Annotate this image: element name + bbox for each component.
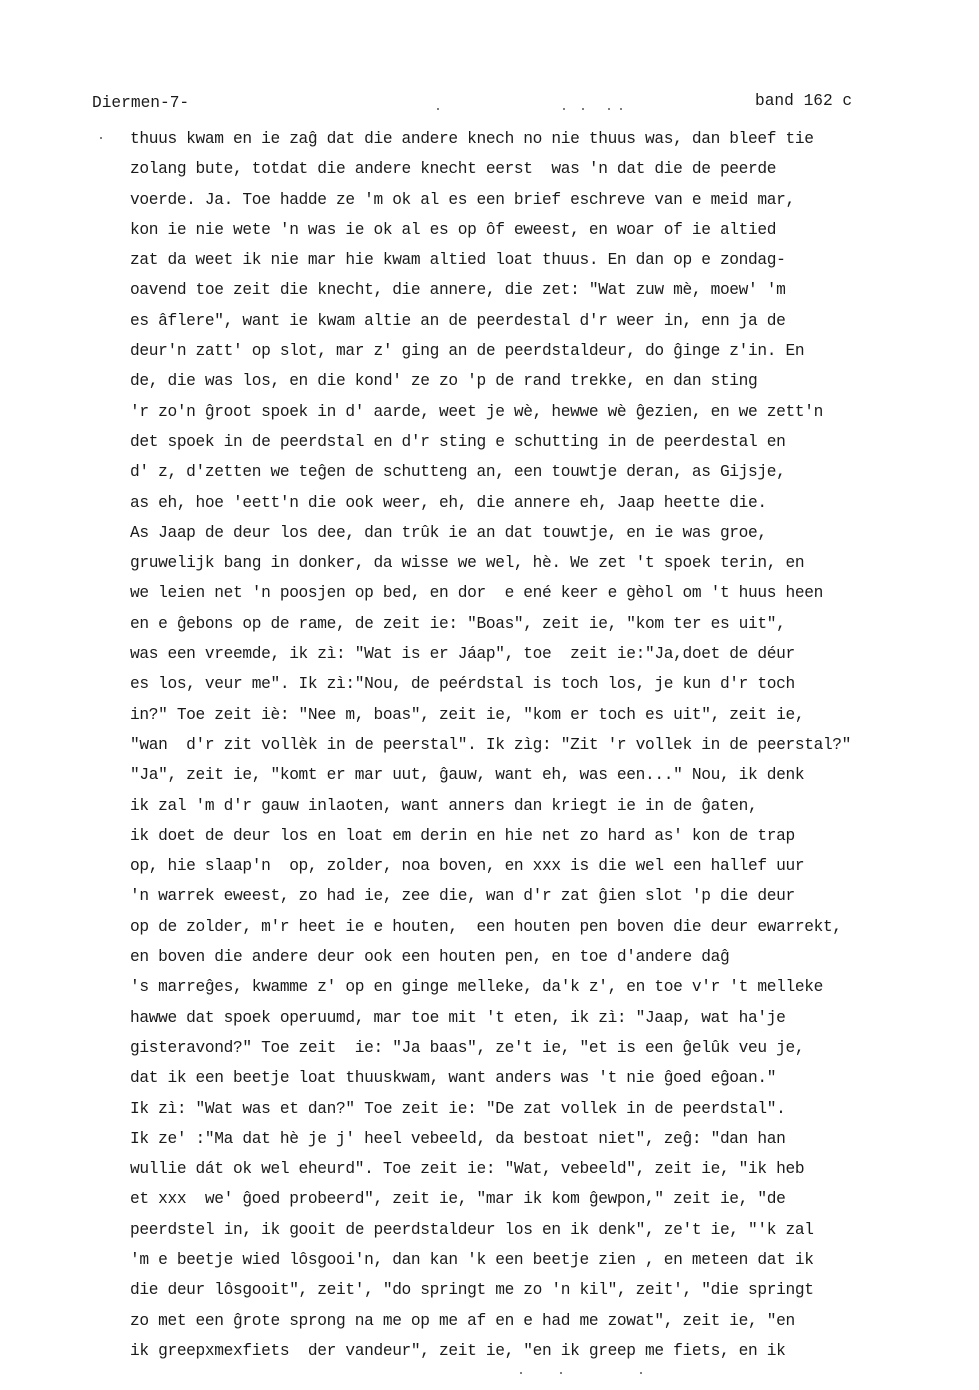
transcript-line: "Ja", zeit ie, "komt er mar uut, ĝauw, w… [130, 760, 851, 790]
transcript-line: es âflere", want ie kwam altie an de pee… [130, 306, 851, 336]
transcript-line: as eh, hoe 'eett'n die ook weer, eh, die… [130, 488, 851, 518]
transcript-line: 'm e beetje wied lôsgooi'n, dan kan 'k e… [130, 1245, 851, 1275]
transcript-line: det spoek in de peerdstal en d'r sting e… [130, 427, 851, 457]
transcript-line: gisteravond?" Toe zeit ie: "Ja baas", ze… [130, 1033, 851, 1063]
transcript-line: d' z, d'zetten we teĝen de schutteng an,… [130, 457, 851, 487]
scan-speck [608, 108, 610, 110]
transcript-line: As Jaap de deur los dee, dan trûk ie an … [130, 518, 851, 548]
transcript-line: de, die was los, en die kond' ze zo 'p d… [130, 366, 851, 396]
transcript-line: was een vreemde, ik zì: "Wat is er Jáap"… [130, 639, 851, 669]
scan-speck [640, 1372, 642, 1374]
scan-speck [563, 108, 565, 110]
transcript-line: "wan d'r zit vollèk in de peerstal". Ik … [130, 730, 851, 760]
transcript-line: gruwelijk bang in donker, da wisse we we… [130, 548, 851, 578]
transcript-line: zolang bute, totdat die andere knecht ee… [130, 154, 851, 184]
page-header-tape-id: band 162 c [755, 92, 852, 110]
transcript-line: en boven die andere deur ook een houten … [130, 942, 851, 972]
transcript-line: ik greepxmexfiets der vandeur", zeit ie,… [130, 1336, 851, 1366]
transcript-line: zo met een ĝrote sprong na me op me af e… [130, 1306, 851, 1336]
scan-speck [620, 108, 622, 110]
transcript-line: ik doet de deur los en loat em derin en … [130, 821, 851, 851]
transcript-line: we leien net 'n poosjen op bed, en dor e… [130, 578, 851, 608]
transcript-line: Ik zì: "Wat was et dan?" Toe zeit ie: "D… [130, 1094, 851, 1124]
transcript-line: 'n warrek eweest, zo had ie, zee die, wa… [130, 881, 851, 911]
transcript-line: en e ĝebons op de rame, de zeit ie: "Boa… [130, 609, 851, 639]
transcript-line: et xxx we' ĝoed probeerd", zeit ie, "mar… [130, 1184, 851, 1214]
transcript-body: thuus kwam en ie zaĝ dat die andere knec… [130, 124, 851, 1366]
scan-speck [520, 1372, 522, 1374]
transcript-line: Ik ze' :"Ma dat hè je j' heel vebeeld, d… [130, 1124, 851, 1154]
transcript-line: 'r zo'n ĝroot spoek in d' aarde, weet je… [130, 397, 851, 427]
transcript-line: oavend toe zeit die knecht, die annere, … [130, 275, 851, 305]
scan-speck [560, 1372, 562, 1374]
transcript-line: die deur lôsgooit", zeit', "do springt m… [130, 1275, 851, 1305]
scan-speck [100, 137, 102, 139]
transcript-line: voerde. Ja. Toe hadde ze 'm ok al es een… [130, 185, 851, 215]
scan-speck [437, 108, 439, 110]
transcript-line: 's marreĝes, kwamme z' op en ginge melle… [130, 972, 851, 1002]
transcript-line: es los, veur me". Ik zì:"Nou, de peérdst… [130, 669, 851, 699]
transcript-line: ik zal 'm d'r gauw inlaoten, want anners… [130, 791, 851, 821]
typewritten-page: Diermen-7- band 162 c thuus kwam en ie z… [0, 0, 979, 1390]
transcript-line: kon ie nie wete 'n was ie ok al es op ôf… [130, 215, 851, 245]
page-header-location: Diermen-7- [92, 94, 189, 112]
transcript-line: thuus kwam en ie zaĝ dat die andere knec… [130, 124, 851, 154]
transcript-line: zat da weet ik nie mar hie kwam altied l… [130, 245, 851, 275]
transcript-line: wullie dát ok wel eheurd". Toe zeit ie: … [130, 1154, 851, 1184]
scan-speck [582, 108, 584, 110]
transcript-line: op de zolder, m'r heet ie e houten, een … [130, 912, 851, 942]
transcript-line: deur'n zatt' op slot, mar z' ging an de … [130, 336, 851, 366]
transcript-line: op, hie slaap'n op, zolder, noa boven, e… [130, 851, 851, 881]
transcript-line: in?" Toe zeit iè: "Nee m, boas", zeit ie… [130, 700, 851, 730]
transcript-line: peerdstel in, ik gooit de peerdstaldeur … [130, 1215, 851, 1245]
transcript-line: hawwe dat spoek operuumd, mar toe mit 't… [130, 1003, 851, 1033]
transcript-line: dat ik een beetje loat thuuskwam, want a… [130, 1063, 851, 1093]
